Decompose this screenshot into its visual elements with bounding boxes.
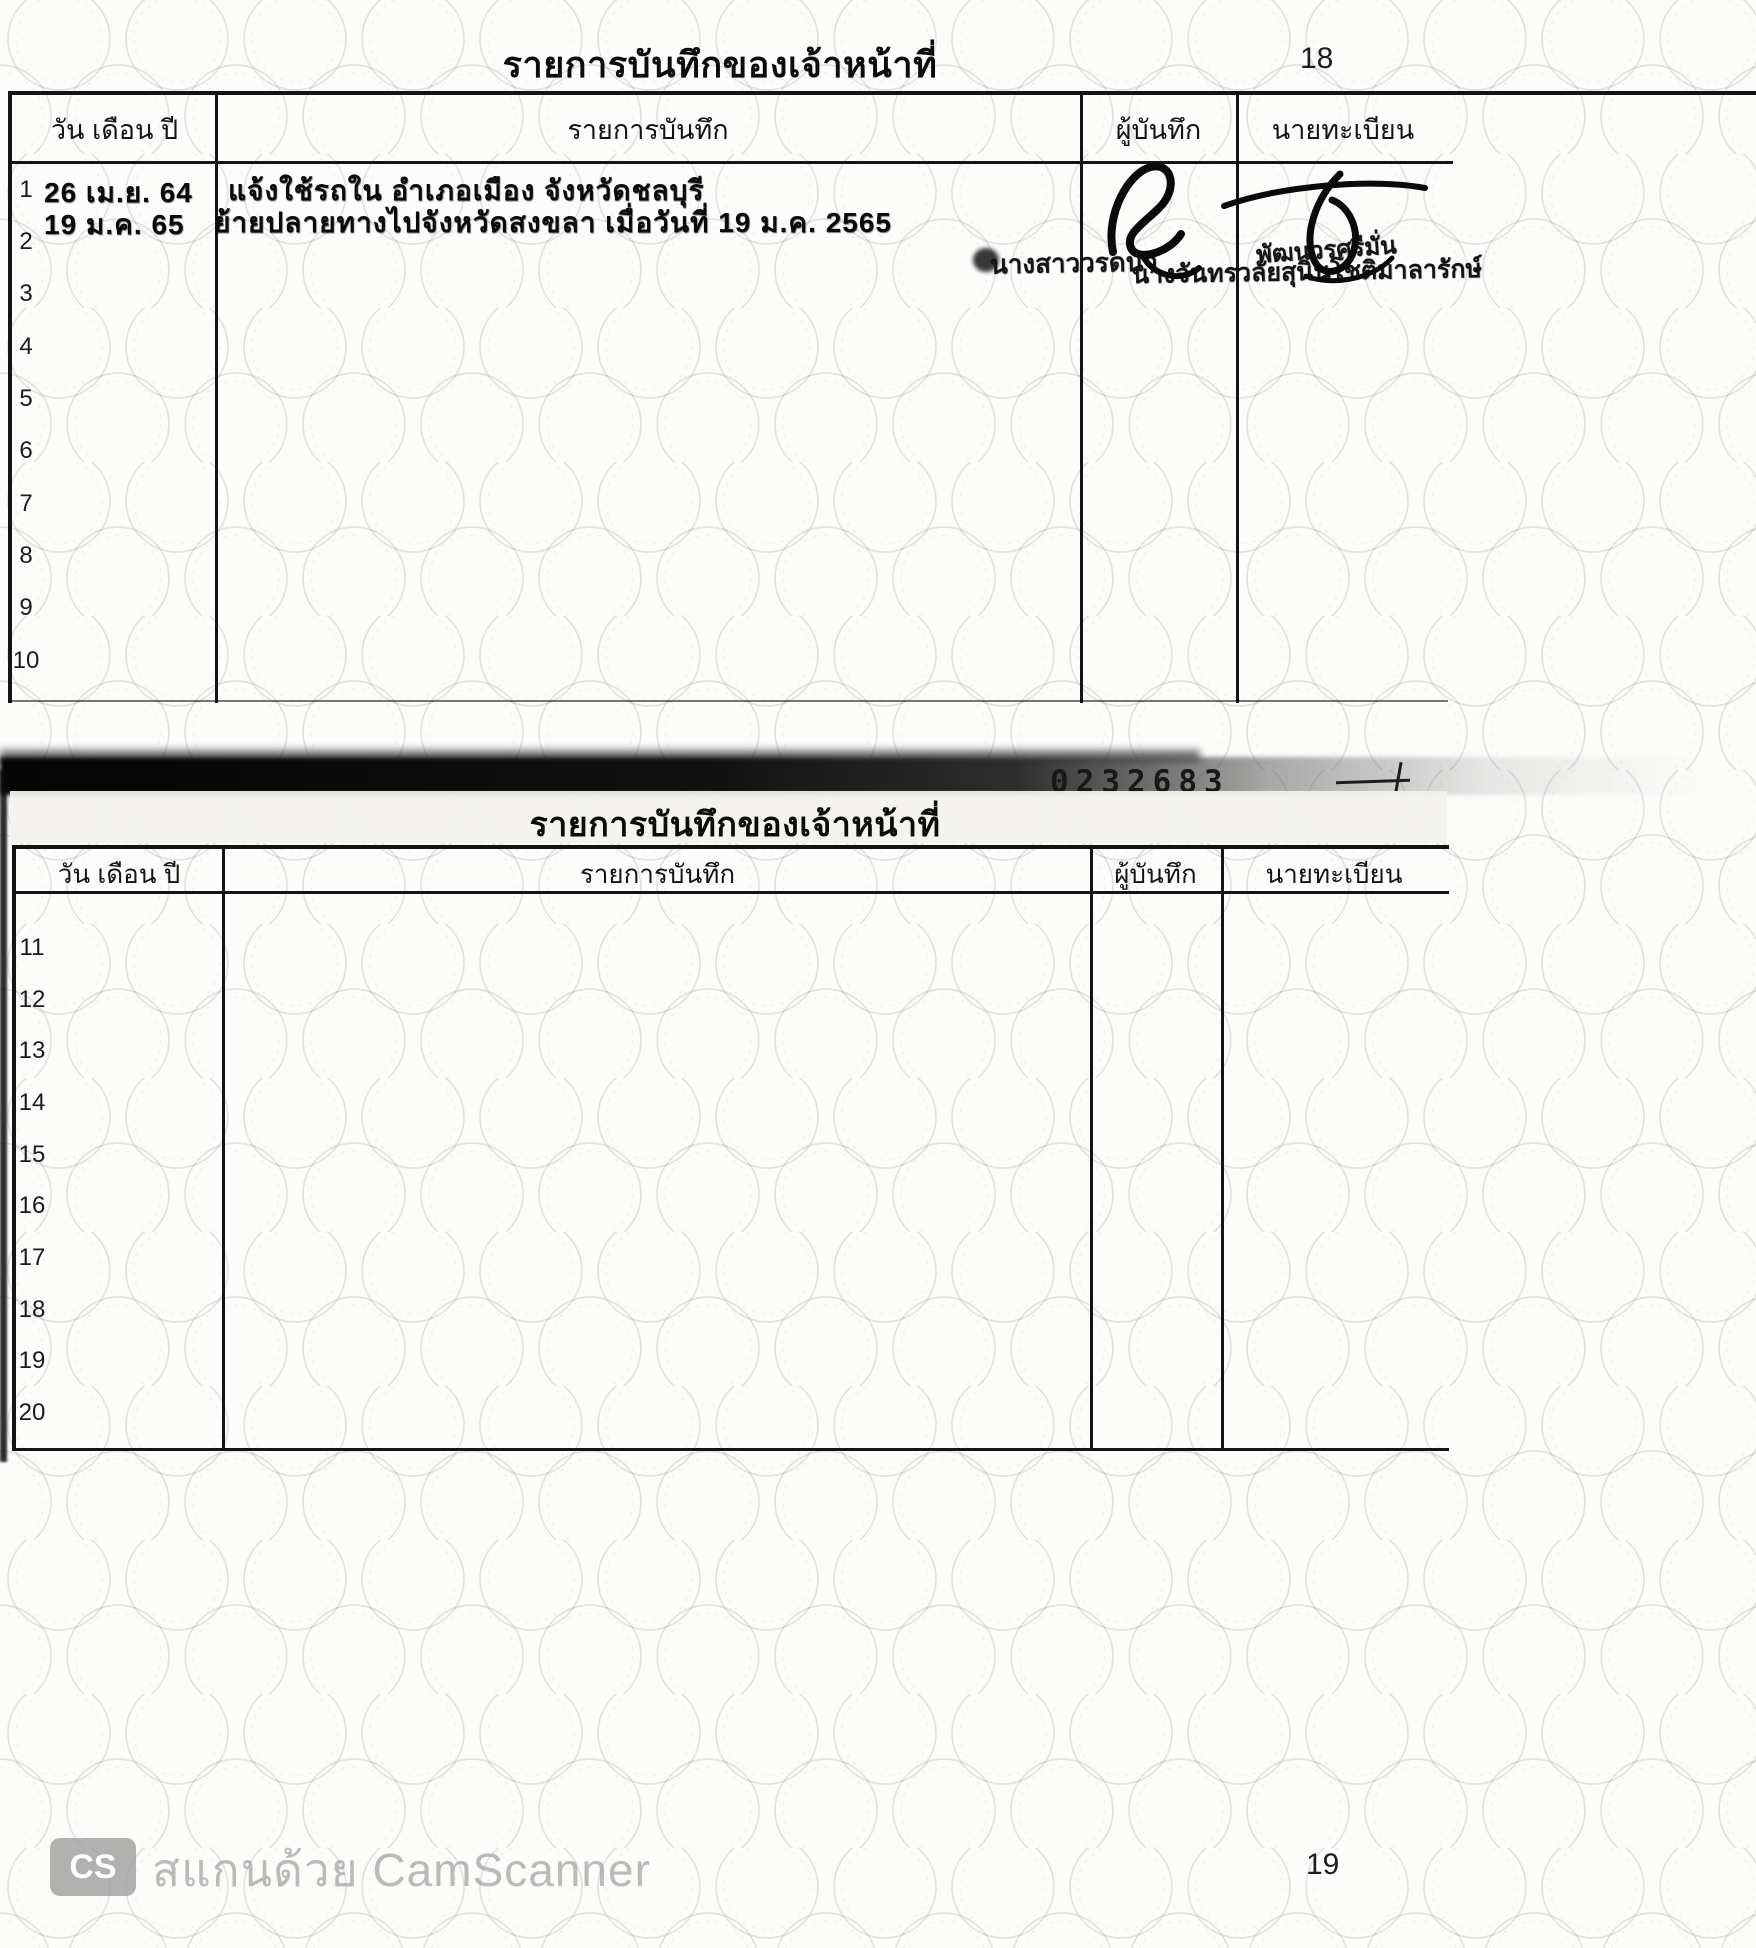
row-number: 6 <box>4 437 48 465</box>
table1-top-border <box>8 91 1756 95</box>
table2-registrar-divider <box>1221 845 1224 1451</box>
table1-header-registrar: นายทะเบียน <box>1237 108 1449 151</box>
security-circle-pattern <box>0 0 1756 1948</box>
camscanner-watermark: สแกนด้วย CamScanner <box>152 1834 651 1907</box>
row-number: 9 <box>4 594 48 622</box>
row-number: 11 <box>10 934 54 962</box>
row-number: 17 <box>10 1244 54 1272</box>
row-number: 2 <box>4 228 48 256</box>
row-number: 7 <box>4 490 48 518</box>
table2-header-registrar: นายทะเบียน <box>1221 854 1447 895</box>
row-number: 16 <box>10 1192 54 1220</box>
scanned-registration-book-page: 18 รายการบันทึกของเจ้าหน้าที่ วัน เดือน … <box>0 0 1756 1948</box>
table2-recorder-divider <box>1090 845 1093 1451</box>
scan-left-edge <box>0 770 7 1462</box>
row-number: 14 <box>10 1089 54 1117</box>
row-number: 8 <box>4 542 48 570</box>
table2-top-border <box>12 845 1449 849</box>
row-number: 10 <box>4 647 48 675</box>
table2-header-date: วัน เดือน ปี <box>14 854 224 895</box>
table1-recorder-divider <box>1080 91 1083 703</box>
table2-date-divider <box>222 845 225 1451</box>
page-number-bottom: 19 <box>1306 1848 1339 1882</box>
row-number: 15 <box>10 1141 54 1169</box>
camscanner-badge: CS <box>50 1838 136 1896</box>
table1-header-record: รายการบันทึก <box>216 108 1080 151</box>
row-number: 13 <box>10 1037 54 1065</box>
row-number: 3 <box>4 280 48 308</box>
table1-date-divider <box>215 91 218 703</box>
scan-fold-band <box>0 757 1756 795</box>
entry-date: 19 ม.ค. 65 <box>44 203 185 247</box>
row-number: 12 <box>10 986 54 1014</box>
row-number: 4 <box>4 333 48 361</box>
table1-header-date: วัน เดือน ปี <box>14 108 215 151</box>
section-top-title: รายการบันทึกของเจ้าหน้าที่ <box>320 36 1120 93</box>
table2-bottom-border <box>12 1448 1449 1451</box>
page-number-top: 18 <box>1300 42 1333 76</box>
row-number: 20 <box>10 1399 54 1427</box>
row-number: 19 <box>10 1347 54 1375</box>
section-bottom-title: รายการบันทึกของเจ้าหน้าที่ <box>330 797 1140 851</box>
table2-header-recorder: ผู้บันทึก <box>1090 854 1221 895</box>
row-number: 18 <box>10 1296 54 1324</box>
table2-header-record: รายการบันทึก <box>225 854 1090 895</box>
table1-bottom-border <box>8 700 1448 702</box>
table1-header-recorder: ผู้บันทึก <box>1081 108 1236 151</box>
row-number: 5 <box>4 385 48 413</box>
entry-text: ย้ายปลายทางไปจังหวัดสงขลา เมื่อวันที่ 19… <box>214 201 892 245</box>
row-number: 1 <box>4 176 48 204</box>
registrar-signature <box>1220 158 1435 293</box>
